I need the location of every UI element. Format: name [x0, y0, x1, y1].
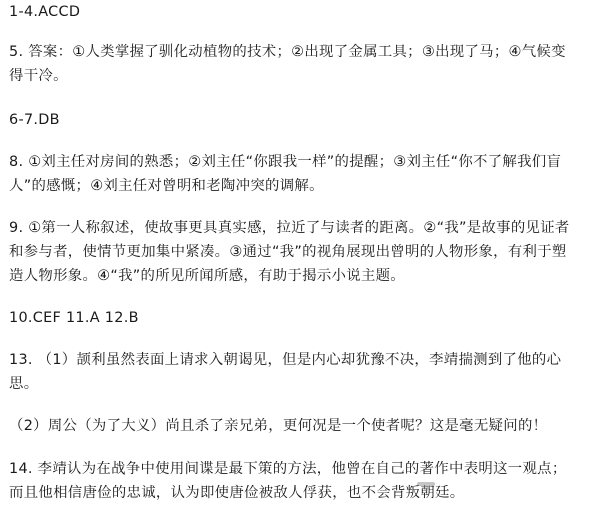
answer-line: 8. ①刘主任对房间的熟悉；②刘主任“你跟我一样”的提醒；③刘主任“你不了解我们… [9, 150, 594, 174]
answer-line: 14. 李靖认为在战争中使用间谍是最下策的方法，他曾在自己的著作中表明这一观点； [9, 457, 594, 481]
answer-line: 13. （1）颉利虽然表面上请求入朝谒见，但是内心却犹豫不决，李靖揣测到了他的心 [9, 348, 594, 372]
answer-line: 5. 答案：①人类掌握了驯化动植物的技术；②出现了金属工具；③出现了马；④气候变 [9, 40, 594, 64]
answer-line: （2）周公（为了大义）尚且杀了亲兄弟，更何况是一个使者呢？这是毫无疑问的！ [9, 414, 594, 438]
answer-q13-1: 13. （1）颉利虽然表面上请求入朝谒见，但是内心却犹豫不决，李靖揣测到了他的心… [9, 348, 594, 396]
answer-q6-7: 6-7.DB [9, 108, 594, 132]
answer-line: 10.CEF 11.A 12.B [9, 306, 594, 330]
answer-line: 思。 [9, 372, 594, 396]
answer-line: 9. ①第一人称叙述，使故事更具真实感，拉近了与读者的距离。②“我”是故事的见证… [9, 216, 594, 240]
answer-line: 和参与者，使情节更加集中紧凑。③通过“我”的视角展现出曾明的人物形象，有利于塑 [9, 240, 594, 264]
answer-line: 而且他相信唐俭的忠诚，认为即使唐俭被敌人俘获，也不会背叛朝廷。 [9, 481, 594, 505]
answer-q9: 9. ①第一人称叙述，使故事更具真实感，拉近了与读者的距离。②“我”是故事的见证… [9, 216, 594, 288]
answer-line: 人”的感慨；④刘主任对曾明和老陶冲突的调解。 [9, 174, 594, 198]
answer-line: 造人物形象。④“我”的所见所闻所感，有助于揭示小说主题。 [9, 264, 594, 288]
answer-line: 6-7.DB [9, 108, 594, 132]
answer-line: 1-4.ACCD [9, 0, 594, 24]
answer-q8: 8. ①刘主任对房间的熟悉；②刘主任“你跟我一样”的提醒；③刘主任“你不了解我们… [9, 150, 594, 198]
answer-line: 得干冷。 [9, 64, 594, 88]
answer-q13-2: （2）周公（为了大义）尚且杀了亲兄弟，更何况是一个使者呢？这是毫无疑问的！ [9, 414, 594, 438]
answer-q10-12: 10.CEF 11.A 12.B [9, 306, 594, 330]
answer-q1-4: 1-4.ACCD [9, 0, 594, 24]
answer-q5: 5. 答案：①人类掌握了驯化动植物的技术；②出现了金属工具；③出现了马；④气候变… [9, 40, 594, 88]
answer-q14: 14. 李靖认为在战争中使用间谍是最下策的方法，他曾在自己的著作中表明这一观点；… [9, 457, 594, 505]
